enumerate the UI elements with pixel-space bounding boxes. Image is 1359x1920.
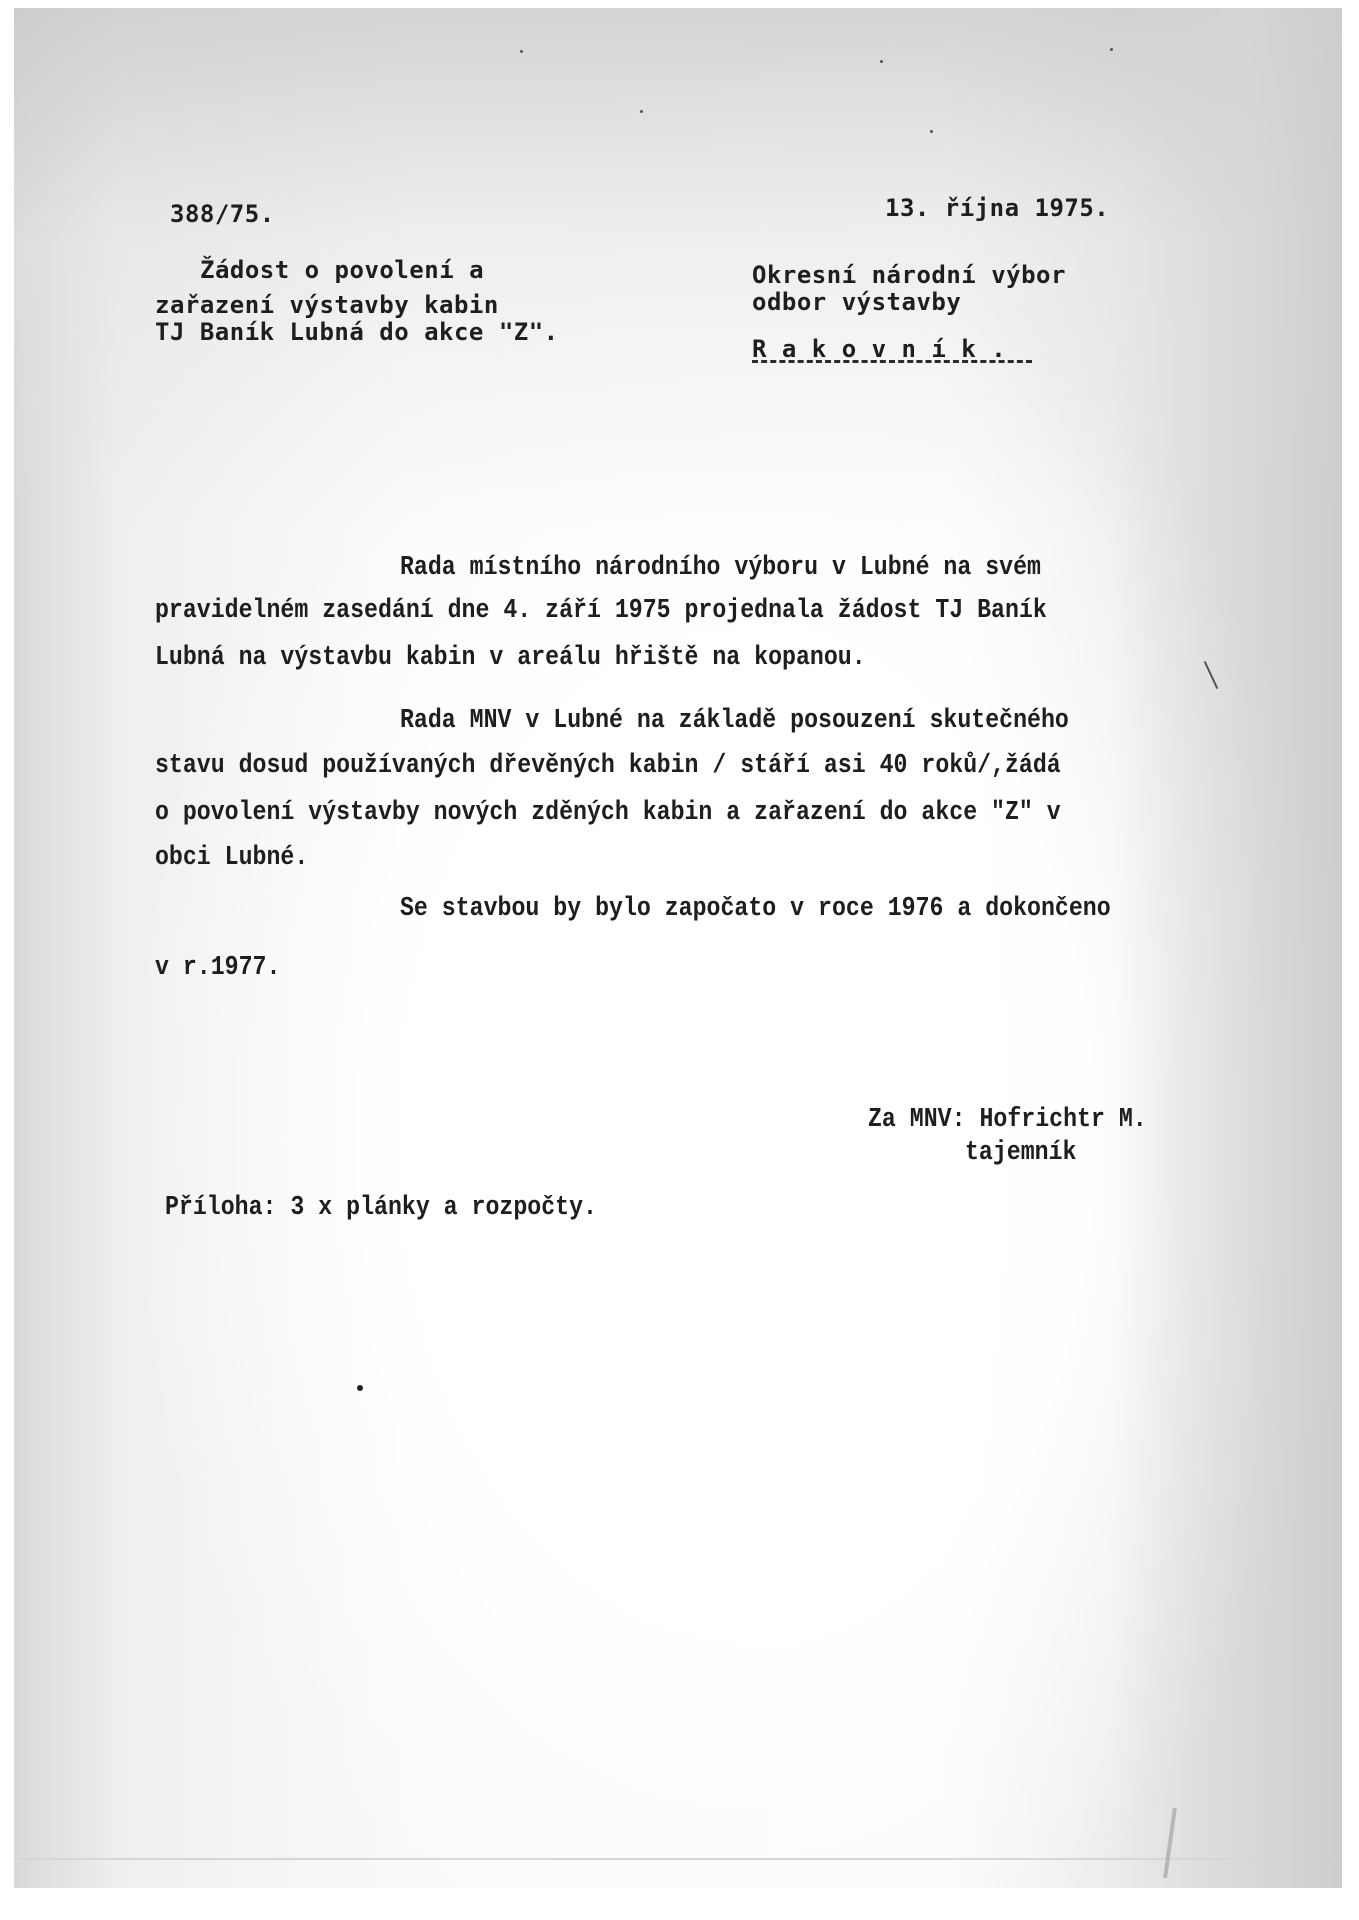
page-bottom-edge	[14, 1858, 1342, 1860]
reference-number: 388/75.	[170, 202, 275, 226]
scan-speck	[930, 130, 933, 133]
paragraph-1-line-1: Rada místního národního výboru v Lubné n…	[400, 555, 1041, 582]
paragraph-2-line-1: Rada MNV v Lubné na základě posouzení sk…	[400, 708, 1069, 735]
paragraph-1-line-2: pravidelném zasedání dne 4. září 1975 pr…	[155, 598, 1047, 625]
paragraph-2-line-3: o povolení výstavby nových zděných kabin…	[155, 800, 1061, 827]
attachment-note: Příloha: 3 x plánky a rozpočty.	[165, 1195, 597, 1222]
subject-line-2: zařazení výstavby kabin	[155, 293, 499, 317]
scanned-letter-page	[14, 8, 1342, 1888]
scan-speck	[1110, 48, 1113, 51]
scan-speck	[520, 50, 523, 53]
recipient-underline	[752, 360, 1032, 363]
letter-date: 13. října 1975.	[885, 196, 1109, 220]
scan-speck	[880, 60, 883, 63]
paragraph-2-line-4: obci Lubné.	[155, 845, 308, 872]
recipient-line-2: odbor výstavby	[752, 290, 961, 314]
signature-line: Za MNV: Hofrichtr M.	[868, 1107, 1147, 1134]
subject-line-3: TJ Baník Lubná do akce "Z".	[155, 320, 559, 344]
recipient-line-1: Okresní národní výbor	[752, 263, 1066, 287]
paragraph-3-line-1: Se stavbou by bylo započato v roce 1976 …	[400, 896, 1111, 923]
signature-title: tajemník	[965, 1140, 1076, 1167]
scan-speck	[357, 1385, 363, 1391]
paragraph-2-line-2: stavu dosud používaných dřevěných kabin …	[155, 753, 1061, 780]
subject-line-1: Žádost o povolení a	[200, 258, 484, 282]
paragraph-1-line-3: Lubná na výstavbu kabin v areálu hřiště …	[155, 645, 866, 672]
page-fold-mark	[1163, 1808, 1177, 1878]
paragraph-3-line-2: v r.1977.	[155, 955, 280, 982]
recipient-line-3: R a k o v n í k .	[752, 337, 1006, 361]
scan-speck	[640, 110, 643, 113]
